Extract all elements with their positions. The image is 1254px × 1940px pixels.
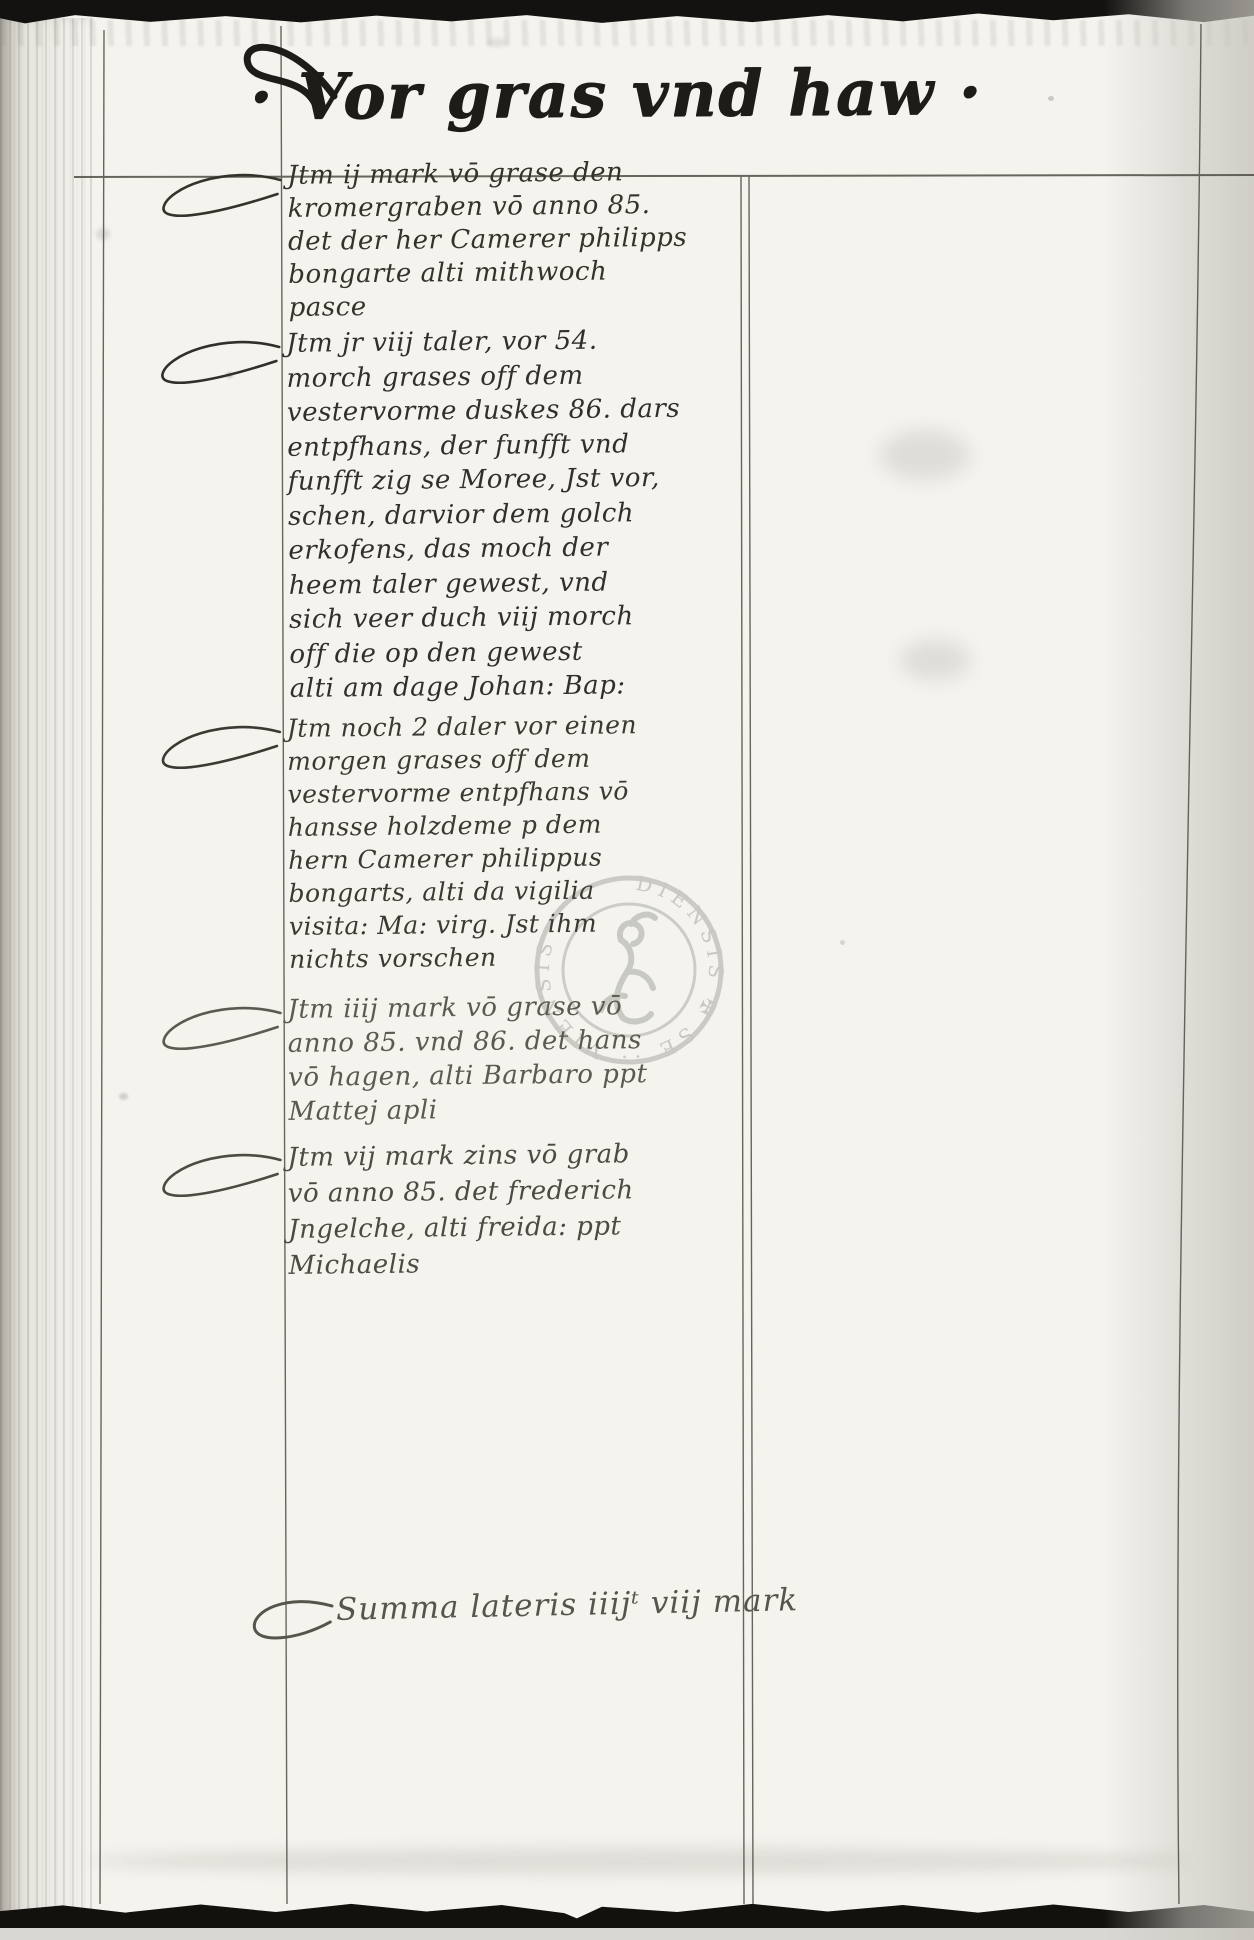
handwritten-line: nichts vorschen [289,939,649,976]
handwritten-line: vō anno 85. det frederich [288,1172,648,1212]
manuscript-page: · Vor gras vnd haw · DIENSIS ✠ SE ·· VIE… [0,0,1254,1940]
handwritten-line: erkofens, das moch der [288,530,648,568]
middle-divider-rule-b [749,176,753,1904]
handwritten-line: sich veer duch viij morch [289,599,649,637]
handwritten-line: bongarts, alti da vigilia [288,873,648,910]
ledger-entry: Jtm vij mark zins vō grabvō anno 85. det… [287,1136,648,1284]
handwritten-line: heem taler gewest, vnd [289,565,649,603]
handwritten-line: hern Camerer philippus [288,840,648,877]
handwritten-line: bongarte alti mithwoch [288,255,648,292]
handwritten-line: Jtm noch 2 daler vor einen [287,708,647,745]
handwritten-line: vō hagen, alti Barbaro ppt [288,1057,648,1095]
handwritten-line: Jngelche, alti freida: ppt [288,1208,648,1248]
ledger-entry: Jtm jr viij taler, vor 54.morch grases o… [286,323,650,706]
handwritten-line: schen, darvior dem golch [288,496,648,534]
handwritten-line: entpfhans, der funfft vnd [287,427,647,465]
handwritten-line: off die op den gewest [289,634,649,672]
handwritten-line: vestervorme entpfhans vō [287,774,647,811]
handwritten-line: Jtm vij mark zins vō grab [287,1136,647,1176]
right-column-rule [1178,24,1201,1904]
ledger-entry: Jtm iiij mark vō grase vōanno 85. vnd 86… [287,989,648,1129]
page-title-block: · Vor gras vnd haw · [250,44,940,154]
handwritten-line: Jtm jr viij taler, vor 54. [286,323,646,361]
title-underline-rule [74,175,1254,177]
handwritten-line: morgen grases off dem [287,741,647,778]
ledger-entry: Jtm noch 2 daler vor einenmorgen grases … [287,708,650,976]
handwritten-line: Jtm iiij mark vō grase vō [287,989,647,1027]
handwritten-line: kromergraben vō anno 85. [287,189,647,226]
left-margin-rule [100,30,104,1904]
handwritten-line: vestervorme duskes 86. dars [287,392,647,430]
handwritten-line: alti am dage Johan: Bap: [290,668,650,706]
handwritten-line: det der her Camerer philipps [288,222,648,259]
page-title: · Vor gras vnd haw · [250,41,983,146]
handwritten-line: Mattej apli [288,1091,648,1129]
handwritten-line: funfft zig se Moree, Jst vor, [287,461,647,499]
handwritten-line: anno 85. vnd 86. det hans [288,1023,648,1061]
handwritten-line: visita: Ma: virg. Jst ihm [289,906,649,943]
middle-divider-rule-a [741,176,744,1904]
ledger-entry: Jtm ij mark vō grase denkromergraben vō … [287,156,649,325]
handwritten-line: hansse holzdeme p dem [288,807,648,844]
text-column-rule [281,26,287,1904]
handwritten-line: morch grases off dem [286,358,646,396]
handwritten-line: Michaelis [288,1244,648,1284]
handwritten-line: pasce [289,288,649,325]
handwritten-line: Jtm ij mark vō grase den [287,156,647,193]
